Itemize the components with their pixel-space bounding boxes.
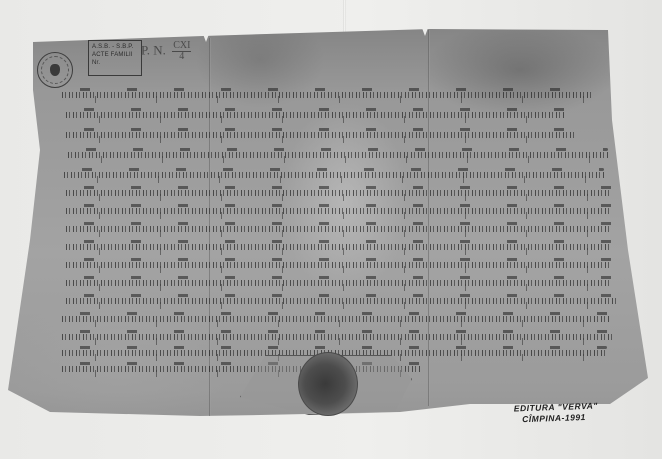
publisher-mark: EDITURA "VERVA" CÎMPINA-1991: [514, 401, 599, 426]
manuscript-line: [66, 262, 612, 268]
manuscript-line: [62, 334, 612, 340]
manuscript-line: [62, 316, 610, 322]
manuscript-line: [64, 172, 604, 178]
manuscript-line: [68, 152, 608, 158]
wax-seal-icon: [298, 352, 358, 416]
manuscript-line: [66, 190, 612, 196]
manuscript-line: [66, 208, 612, 214]
manuscript-line: [62, 92, 592, 98]
manuscript-line: [66, 298, 616, 304]
manuscript-line: [66, 226, 612, 232]
manuscript-line: [66, 112, 566, 118]
manuscript-line: [66, 244, 612, 250]
manuscript-line: [66, 132, 576, 138]
manuscript-line: [66, 280, 612, 286]
